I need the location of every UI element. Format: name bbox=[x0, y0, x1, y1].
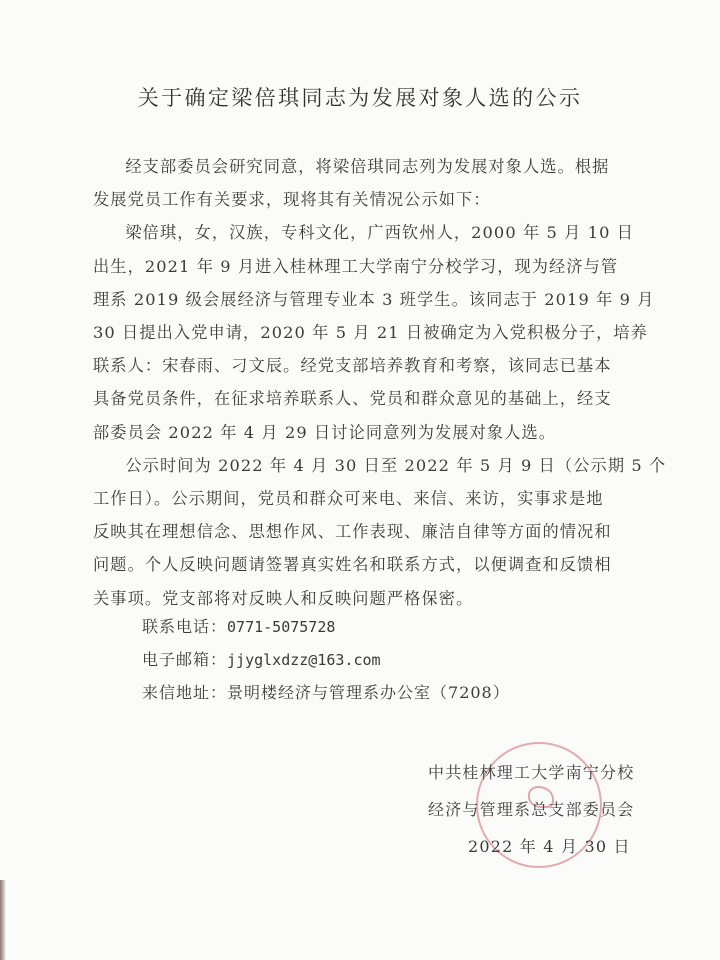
text-line: 反映其在理想信念、思想作风、工作表现、廉洁自律等方面的情况和 bbox=[93, 515, 623, 548]
document-body: 经支部委员会研究同意，将梁倍琪同志列为发展对象人选。根据 发展党员工作有关要求，… bbox=[93, 150, 623, 615]
contact-email: 电子邮箱：jjyglxdzz@163.com bbox=[142, 647, 381, 670]
text-line: 发展党员工作有关要求，现将其有关情况公示如下： bbox=[93, 183, 623, 216]
contact-address: 来信地址：景明楼经济与管理系办公室（7208） bbox=[142, 680, 510, 703]
text-line: 关事项。党支部将对反映人和反映问题严格保密。 bbox=[93, 582, 623, 615]
mailing-address: 景明楼经济与管理系办公室（7208） bbox=[227, 683, 510, 702]
text-line: 联系人：宋春雨、刁文辰。经党支部培养教育和考察，该同志已基本 bbox=[93, 349, 623, 382]
phone-number: 0771-5075728 bbox=[227, 618, 335, 636]
signature-org-line2: 经济与管理系总支部委员会 bbox=[428, 797, 634, 820]
contact-phone: 联系电话：0771-5075728 bbox=[142, 614, 335, 637]
text-line: 30 日提出入党申请，2020 年 5 月 21 日被确定为入党积极分子，培养 bbox=[93, 316, 623, 349]
paragraph-intro: 经支部委员会研究同意，将梁倍琪同志列为发展对象人选。根据 发展党员工作有关要求，… bbox=[93, 150, 623, 216]
email-label: 电子邮箱： bbox=[142, 650, 227, 669]
paragraph-candidate-info: 梁倍琪，女，汉族，专科文化，广西钦州人，2000 年 5 月 10 日 出生，2… bbox=[93, 216, 623, 448]
text-line: 工作日）。公示期间，党员和群众可来电、来信、来访，实事求是地 bbox=[93, 482, 623, 515]
paragraph-publicity-period: 公示时间为 2022 年 4 月 30 日至 2022 年 5 月 9 日（公示… bbox=[93, 449, 623, 615]
text-line: 公示时间为 2022 年 4 月 30 日至 2022 年 5 月 9 日（公示… bbox=[93, 449, 623, 482]
email-address: jjyglxdzz@163.com bbox=[227, 651, 381, 669]
signature-date: 2022 年 4 月 30 日 bbox=[468, 834, 631, 857]
text-line: 出生，2021 年 9 月进入桂林理工大学南宁分校学习，现为经济与管 bbox=[93, 250, 623, 283]
text-line: 部委员会 2022 年 4 月 29 日讨论同意列为发展对象人选。 bbox=[93, 416, 623, 449]
text-line: 理系 2019 级会展经济与管理专业本 3 班学生。该同志于 2019 年 9 … bbox=[93, 283, 623, 316]
document-title: 关于确定梁倍琪同志为发展对象人选的公示 bbox=[0, 82, 720, 112]
signature-org-line1: 中共桂林理工大学南宁分校 bbox=[428, 760, 634, 783]
document-page: 关于确定梁倍琪同志为发展对象人选的公示 经支部委员会研究同意，将梁倍琪同志列为发… bbox=[0, 0, 720, 960]
text-line: 梁倍琪，女，汉族，专科文化，广西钦州人，2000 年 5 月 10 日 bbox=[93, 216, 623, 249]
phone-label: 联系电话： bbox=[142, 617, 227, 636]
text-line: 具备党员条件，在征求培养联系人、党员和群众意见的基础上，经支 bbox=[93, 382, 623, 415]
address-label: 来信地址： bbox=[142, 683, 227, 702]
text-line: 问题。个人反映问题请签署真实姓名和联系方式，以便调查和反馈相 bbox=[93, 548, 623, 581]
scan-edge-shadow bbox=[0, 880, 6, 960]
text-line: 经支部委员会研究同意，将梁倍琪同志列为发展对象人选。根据 bbox=[93, 150, 623, 183]
